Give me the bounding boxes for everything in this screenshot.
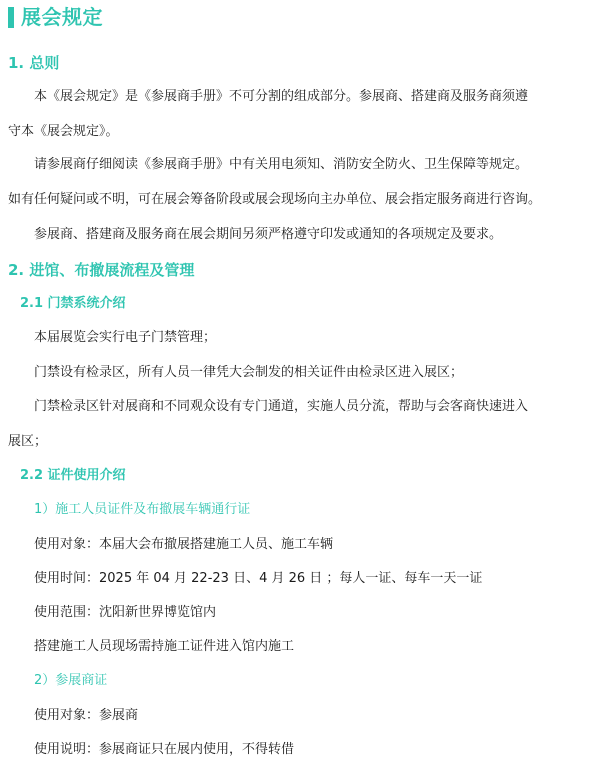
- paragraph: 本届展览会实行电子门禁管理；: [34, 329, 216, 347]
- section-heading-general: 1. 总则: [8, 53, 59, 73]
- paragraph: 使用对象：参展商: [34, 707, 138, 725]
- paragraph: 参展商、搭建商及服务商在展会期间另须严格遵守印发或通知的各项规定及要求。: [34, 226, 502, 244]
- page-title-row: 展会规定: [8, 4, 103, 30]
- paragraph: 守本《展会规定》。: [8, 123, 119, 141]
- paragraph: 使用说明：参展商证只在展内使用，不得转借: [34, 741, 294, 759]
- paragraph: 使用时间：2025 年 04 月 22-23 日、4 月 26 日 ；每人一证、…: [34, 570, 482, 588]
- paragraph: 如有任何疑问或不明，可在展会筹备阶段或展会现场向主办单位、展会指定服务商进行咨询…: [8, 191, 541, 209]
- paragraph: 展区；: [8, 433, 47, 451]
- item-heading-construction-pass: 1）施工人员证件及布撤展车辆通行证: [34, 501, 250, 519]
- paragraph: 请参展商仔细阅读《参展商手册》中有关用电须知、消防安全防火、卫生保障等规定。: [34, 156, 528, 174]
- paragraph: 本《展会规定》是《参展商手册》不可分割的组成部分。参展商、搭建商及服务商须遵: [34, 88, 528, 106]
- item-heading-exhibitor-pass: 2）参展商证: [34, 672, 107, 690]
- paragraph: 门禁检录区针对展商和不同观众设有专门通道，实施人员分流，帮助与会客商快速进入: [34, 398, 528, 416]
- paragraph: 使用范围：沈阳新世界博览馆内: [34, 604, 216, 622]
- paragraph: 门禁设有检录区，所有人员一律凭大会制发的相关证件由检录区进入展区；: [34, 364, 463, 382]
- paragraph: 使用对象：本届大会布撤展搭建施工人员、施工车辆: [34, 536, 333, 554]
- paragraph: 搭建施工人员现场需持施工证件进入馆内施工: [34, 638, 294, 656]
- title-accent-bar: [8, 7, 14, 28]
- subsection-heading-access-control: 2.1 门禁系统介绍: [20, 295, 126, 313]
- page-title: 展会规定: [21, 4, 103, 30]
- section-heading-process: 2. 进馆、布撤展流程及管理: [8, 260, 194, 280]
- subsection-heading-credentials: 2.2 证件使用介绍: [20, 467, 126, 485]
